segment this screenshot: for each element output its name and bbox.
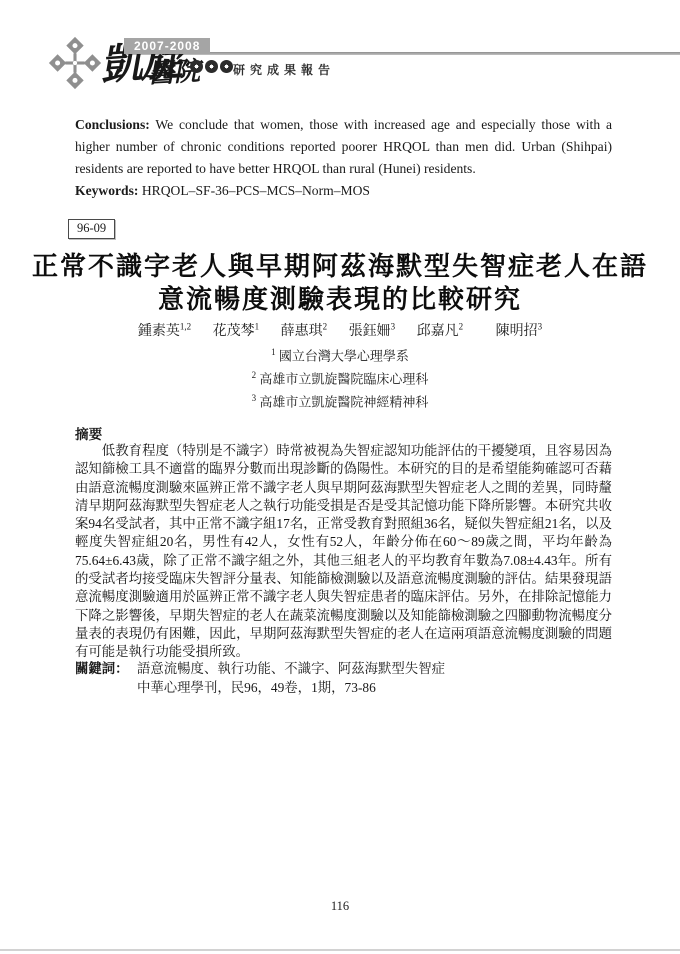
author-name: 鍾素英 <box>138 324 180 339</box>
badge-circles <box>190 60 233 73</box>
keywords-text: 語意流暢度、執行功能、不識字、阿茲海默型失智症 <box>137 660 612 679</box>
affiliation-name: 高雄市立凱旋醫院神經精神科 <box>259 394 428 409</box>
author-affil-sup: 1 <box>255 321 260 331</box>
author: 花茂棽1 <box>213 324 260 339</box>
hospital-logo-icon <box>46 34 104 92</box>
report-years-badge: 2007-2008 <box>124 38 210 54</box>
english-keywords-label: Keywords: <box>75 183 138 198</box>
author-affil-sup: 2 <box>459 321 464 331</box>
author-affil-sup: 3 <box>538 321 543 331</box>
affiliation-name: 國立台灣大學心理學系 <box>279 348 409 363</box>
abstract-text: 低教育程度（特別是不識字）時常被視為失智症認知功能評估的干擾變項，且容易因為認知… <box>75 442 612 662</box>
author-name: 陳明招 <box>496 324 538 339</box>
keywords-block: 關鍵詞： 語意流暢度、執行功能、不識字、阿茲海默型失智症 中華心理學刊，民96，… <box>75 660 612 697</box>
conclusions-label: Conclusions: <box>75 117 150 132</box>
author: 張鈺姍3 <box>349 324 396 339</box>
affiliation-sup: 1 <box>271 347 276 357</box>
badge-circle-icon <box>190 60 203 73</box>
english-abstract-block: Conclusions: We conclude that women, tho… <box>75 114 612 202</box>
affiliation-name: 高雄市立凱旋醫院臨床心理科 <box>259 371 428 386</box>
article-title-line1: 正常不識字老人與早期阿茲海默型失智症老人在語 <box>0 250 680 283</box>
affiliation: 1 國立台灣大學心理學系 <box>0 343 680 366</box>
author-name: 邱嘉凡 <box>417 324 459 339</box>
citation-text: 中華心理學刊，民96，49卷，1期，73-86 <box>137 679 612 698</box>
conclusions-text: We conclude that women, those with incre… <box>75 117 612 176</box>
abstract-label: 摘要 <box>75 423 102 443</box>
article-number-badge: 96-09 <box>68 219 115 239</box>
page-number: 116 <box>0 899 680 914</box>
badge-circle-icon <box>205 60 218 73</box>
keywords-label: 關鍵詞： <box>75 660 137 697</box>
author: 邱嘉凡2 <box>417 324 464 339</box>
report-series-title: 研究成果報告 <box>233 61 335 78</box>
author-name: 薛惠琪 <box>281 324 323 339</box>
article-title-line2: 意流暢度測驗表現的比較研究 <box>0 283 680 316</box>
authors-row: 鍾素英1,2 花茂棽1 薛惠琪2 張鈺姍3 邱嘉凡2 陳明招3 <box>0 320 680 340</box>
english-keywords-text: HRQOL–SF-36–PCS–MCS–Norm–MOS <box>138 183 370 198</box>
badge-circle-icon <box>220 60 233 73</box>
author: 鍾素英1,2 <box>138 324 191 339</box>
affiliation: 3 高雄市立凱旋醫院神經精神科 <box>0 389 680 412</box>
author-name: 花茂棽 <box>213 324 255 339</box>
article-title: 正常不識字老人與早期阿茲海默型失智症老人在語 意流暢度測驗表現的比較研究 <box>0 250 680 316</box>
affiliations-list: 1 國立台灣大學心理學系 2 高雄市立凱旋醫院臨床心理科 3 高雄市立凱旋醫院神… <box>0 343 680 411</box>
author-affil-sup: 1,2 <box>180 321 191 331</box>
author-affil-sup: 3 <box>391 321 396 331</box>
affiliation-sup: 2 <box>252 370 257 380</box>
bottom-divider <box>0 949 680 951</box>
affiliation-sup: 3 <box>252 393 257 403</box>
author-name: 張鈺姍 <box>349 324 391 339</box>
author: 陳明招3 <box>496 324 543 339</box>
report-page: 凱旋 醫院 2007-2008 研究成果報告 Conclusions: We c… <box>0 0 680 954</box>
author: 薛惠琪2 <box>281 324 328 339</box>
author-affil-sup: 2 <box>323 321 328 331</box>
affiliation: 2 高雄市立凱旋醫院臨床心理科 <box>0 366 680 389</box>
